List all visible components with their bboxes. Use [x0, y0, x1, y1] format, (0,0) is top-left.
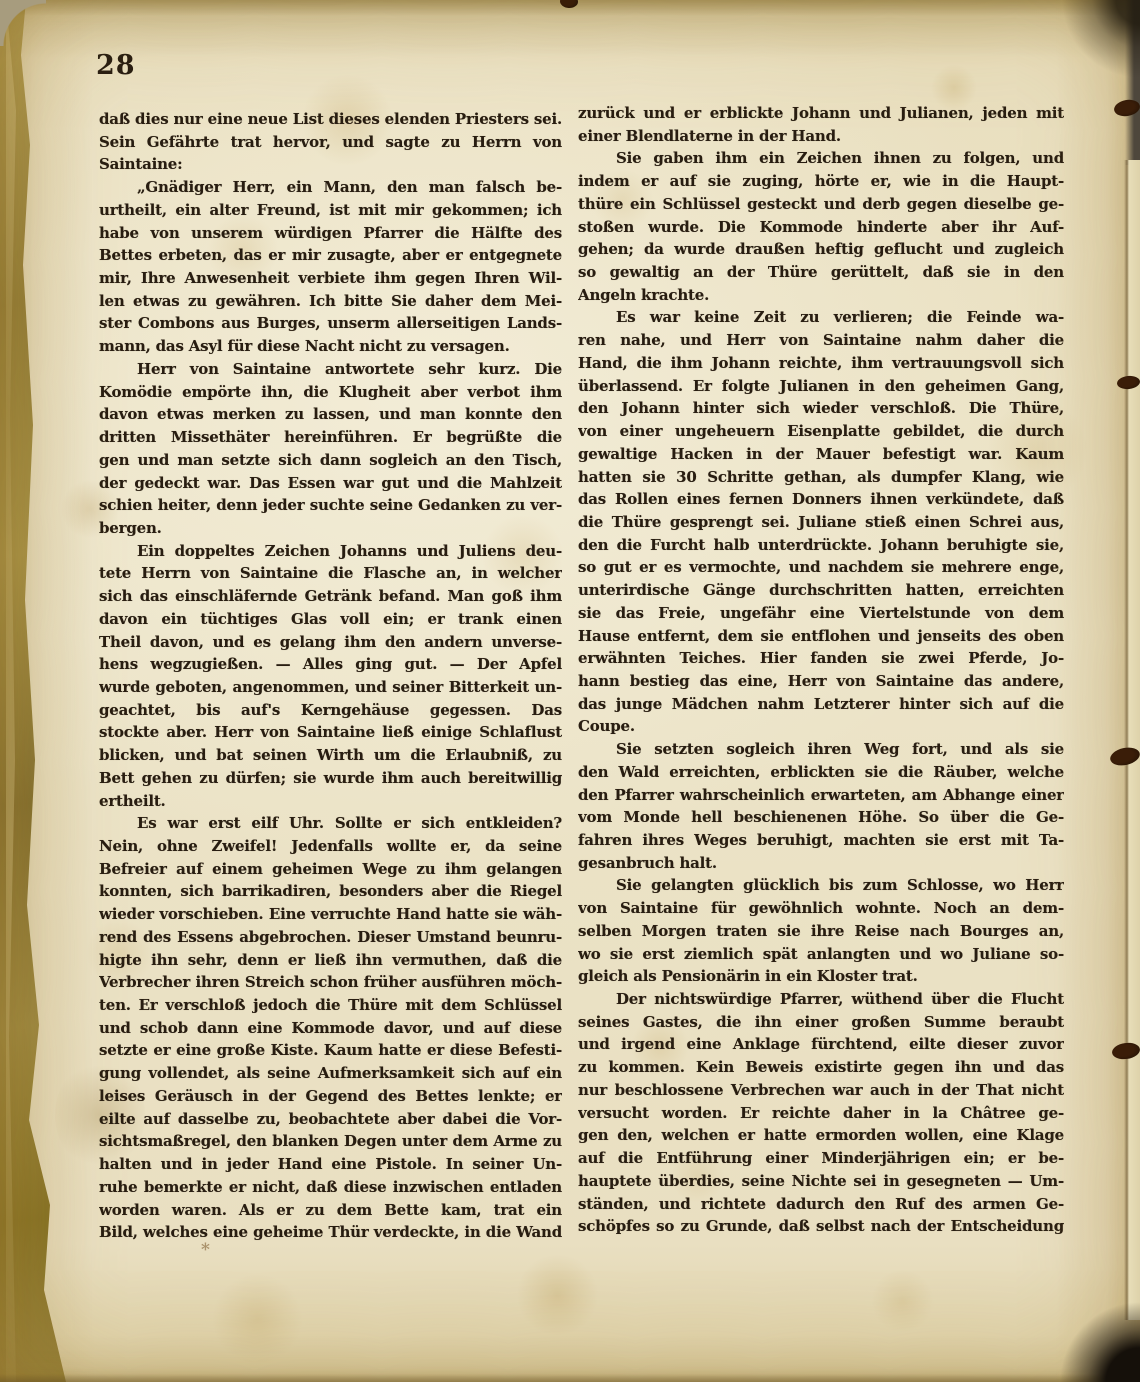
text-line: Angeln krachte.: [578, 284, 1064, 307]
text-line: Es war erst eilf Uhr. Sollte er sich ent…: [99, 812, 562, 835]
text-line: gesanbruch halt.: [578, 852, 1064, 875]
text-line: ten. Er verschloß jedoch die Thüre mit d…: [99, 994, 562, 1017]
text-line: von Saintaine für gewöhnlich wohnte. Noc…: [578, 897, 1064, 920]
text-line: blicken, und bat seinen Wirth um die Erl…: [99, 744, 562, 767]
text-line: Sie gelangten glücklich bis zum Schlosse…: [578, 874, 1064, 897]
text-line: Komödie empörte ihn, die Klugheit aber v…: [99, 381, 562, 404]
text-line: so gewaltig an der Thüre gerüttelt, daß …: [578, 261, 1064, 284]
text-line: geachtet, bis auf's Kerngehäuse gegessen…: [99, 699, 562, 722]
text-line: leises Geräusch in der Gegend des Bettes…: [99, 1085, 562, 1108]
text-line: den Wald erreichten, erblickten sie die …: [578, 761, 1064, 784]
page-edge-right: [1124, 160, 1140, 1320]
text-line: mir, Ihre Anwesenheit verbiete ihm gegen…: [99, 267, 562, 290]
text-line: Hause entfernt, dem sie entflohen und je…: [578, 625, 1064, 648]
text-line: gleich als Pensionärin in ein Kloster tr…: [578, 965, 1064, 988]
text-line: und irgend eine Anklage fürchtend, eilte…: [578, 1033, 1064, 1056]
text-column-left: daß dies nur eine neue List dieses elend…: [99, 108, 562, 1244]
text-line: urtheilt, ein alter Freund, ist mit mir …: [99, 199, 562, 222]
text-line: higte ihn sehr, denn er ließ ihn vermuth…: [99, 949, 562, 972]
text-line: Ein doppeltes Zeichen Johanns und Julien…: [99, 540, 562, 563]
text-line: Verbrecher ihren Streich schon früher au…: [99, 971, 562, 994]
text-line: gung vollendet, als seine Aufmerksamkeit…: [99, 1062, 562, 1085]
text-line: den Johann hinter sich wieder verschloß.…: [578, 397, 1064, 420]
text-line: rend des Essens abgebrochen. Dieser Umst…: [99, 926, 562, 949]
text-line: davon ein tüchtiges Glas voll ein; er tr…: [99, 608, 562, 631]
text-line: hatten sie 30 Schritte gethan, als dumpf…: [578, 466, 1064, 489]
text-line: eilte auf dasselbe zu, beobachtete aber …: [99, 1108, 562, 1131]
text-line: zurück und er erblickte Johann und Julia…: [578, 102, 1064, 125]
text-line: Hand, die ihm Johann reichte, ihm vertra…: [578, 352, 1064, 375]
text-line: tete Herrn von Saintaine die Flasche an,…: [99, 562, 562, 585]
text-line: ster Combons aus Burges, unserm allersei…: [99, 312, 562, 335]
text-line: Theil davon, und es gelang ihm den ander…: [99, 631, 562, 654]
text-line: len etwas zu gewähren. Ich bitte Sie dah…: [99, 290, 562, 313]
text-line: hann bestieg das eine, Herr von Saintain…: [578, 670, 1064, 693]
text-line: überlassend. Er folgte Julianen in den g…: [578, 375, 1064, 398]
text-line: stockte aber. Herr von Saintaine ließ ei…: [99, 721, 562, 744]
text-line: habe von unserem würdigen Pfarrer die Hä…: [99, 222, 562, 245]
text-line: Bild, welches eine geheime Thür verdeckt…: [99, 1221, 562, 1244]
book-page-scan: 28 daß dies nur eine neue List dieses el…: [0, 0, 1140, 1382]
text-line: erwähnten Teiches. Hier fanden sie zwei …: [578, 647, 1064, 670]
text-line: seines Gastes, die ihn einer großen Summ…: [578, 1011, 1064, 1034]
text-line: die Thüre gesprengt sei. Juliane stieß e…: [578, 511, 1064, 534]
ink-artifact-mark: *: [201, 1240, 210, 1260]
text-line: Befreier auf einem geheimen Wege zu ihm …: [99, 858, 562, 881]
text-line: Coupe.: [578, 715, 1064, 738]
corner-bottom-right-shadow: [1010, 1272, 1140, 1382]
text-line: sichtsmaßregel, den blanken Degen unter …: [99, 1130, 562, 1153]
text-line: Bettes erbeten, das er mir zusagte, aber…: [99, 244, 562, 267]
text-line: nur beschlossene Verbrechen war auch in …: [578, 1079, 1064, 1102]
text-line: Es war keine Zeit zu verlieren; die Fein…: [578, 306, 1064, 329]
text-line: wo sie erst ziemlich spät anlangten und …: [578, 943, 1064, 966]
text-line: ständen, und richtete dadurch den Ruf de…: [578, 1193, 1064, 1216]
text-line: stoßen wurde. Die Kommode hinderte aber …: [578, 216, 1064, 239]
text-line: ruhe bemerkte er nicht, daß diese inzwis…: [99, 1176, 562, 1199]
text-line: dritten Missethäter hereinführen. Er beg…: [99, 426, 562, 449]
text-line: bergen.: [99, 517, 562, 540]
corner-top-right-shadow: [1045, 0, 1140, 115]
text-line: schien heiter, denn jeder suchte seine G…: [99, 494, 562, 517]
text-line: zu kommen. Kein Beweis existirte gegen i…: [578, 1056, 1064, 1079]
text-line: worden waren. Als er zu dem Bette kam, t…: [99, 1199, 562, 1222]
text-line: Sie setzten sogleich ihren Weg fort, und…: [578, 738, 1064, 761]
text-line: setzte er eine große Kiste. Kaum hatte e…: [99, 1039, 562, 1062]
text-line: schöpfes so zu Grunde, daß selbst nach d…: [578, 1215, 1064, 1238]
text-line: daß dies nur eine neue List dieses elend…: [99, 108, 562, 131]
text-line: unterirdische Gänge durchschritten hatte…: [578, 579, 1064, 602]
text-line: sie das Freie, ungefähr eine Viertelstun…: [578, 602, 1064, 625]
text-line: Bett gehen zu dürfen; sie wurde ihm auch…: [99, 767, 562, 790]
text-line: halten und in jeder Hand eine Pistole. I…: [99, 1153, 562, 1176]
text-column-right: zurück und er erblickte Johann und Julia…: [578, 102, 1064, 1238]
text-line: das Rollen eines fernen Donners ihnen ve…: [578, 488, 1064, 511]
text-line: auf die Entführung einer Minderjährigen …: [578, 1147, 1064, 1170]
text-line: wieder vorschieben. Eine verruchte Hand …: [99, 903, 562, 926]
text-line: vom Monde hell beschienenen Höhe. So übe…: [578, 806, 1064, 829]
text-line: den Pfarrer wahrscheinlich erwarteten, a…: [578, 784, 1064, 807]
text-line: Sein Gefährte trat hervor, und sagte zu …: [99, 131, 562, 154]
text-line: fahren ihres Weges beruhigt, machten sie…: [578, 829, 1064, 852]
text-line: der gedeckt war. Das Essen war gut und d…: [99, 472, 562, 495]
text-line: davon etwas merken zu lassen, und man ko…: [99, 403, 562, 426]
text-line: „Gnädiger Herr, ein Mann, den man falsch…: [99, 176, 562, 199]
text-line: hauptete überdies, seine Nichte sei in g…: [578, 1170, 1064, 1193]
text-line: thüre ein Schlüssel gesteckt und derb ge…: [578, 193, 1064, 216]
page-edge-bottom: [0, 1374, 1140, 1382]
text-line: gewaltige Hacken in der Mauer befestigt …: [578, 443, 1064, 466]
text-line: gen den, welchen er hatte ermorden wolle…: [578, 1124, 1064, 1147]
text-line: und schob dann eine Kommode davor, und a…: [99, 1017, 562, 1040]
text-line: indem er auf sie zuging, hörte er, wie i…: [578, 170, 1064, 193]
text-line: das junge Mädchen nahm Letzterer hinter …: [578, 693, 1064, 716]
text-line: Herr von Saintaine antwortete sehr kurz.…: [99, 358, 562, 381]
page-number: 28: [96, 50, 136, 81]
text-line: gen und man setzte sich dann sogleich an…: [99, 449, 562, 472]
text-line: ren nahe, und Herr von Saintaine nahm da…: [578, 329, 1064, 352]
text-line: den die Furcht halb unterdrückte. Johann…: [578, 534, 1064, 557]
corner-top-left: [0, 0, 46, 46]
text-line: mann, das Asyl für diese Nacht nicht zu …: [99, 335, 562, 358]
text-line: Saintaine:: [99, 153, 562, 176]
text-line: hens wegzugießen. — Alles ging gut. — De…: [99, 653, 562, 676]
text-line: gehen; da wurde draußen heftig geflucht …: [578, 238, 1064, 261]
text-line: Der nichtswürdige Pfarrer, wüthend über …: [578, 988, 1064, 1011]
text-line: Sie gaben ihm ein Zeichen ihnen zu folge…: [578, 147, 1064, 170]
text-line: ertheilt.: [99, 790, 562, 813]
text-line: sich das einschläfernde Getränk befand. …: [99, 585, 562, 608]
text-line: Nein, ohne Zweifel! Jedenfalls wollte er…: [99, 835, 562, 858]
text-line: von einer ungeheuern Eisenplatte gebilde…: [578, 420, 1064, 443]
text-line: versucht worden. Er reichte daher in la …: [578, 1102, 1064, 1125]
text-line: wurde geboten, angenommen, und seiner Bi…: [99, 676, 562, 699]
text-line: selben Morgen traten sie ihre Reise nach…: [578, 920, 1064, 943]
text-line: konnten, sich barrikadiren, besonders ab…: [99, 880, 562, 903]
text-line: so gut er es vermochte, und nachdem sie …: [578, 556, 1064, 579]
text-line: einer Blendlaterne in der Hand.: [578, 125, 1064, 148]
